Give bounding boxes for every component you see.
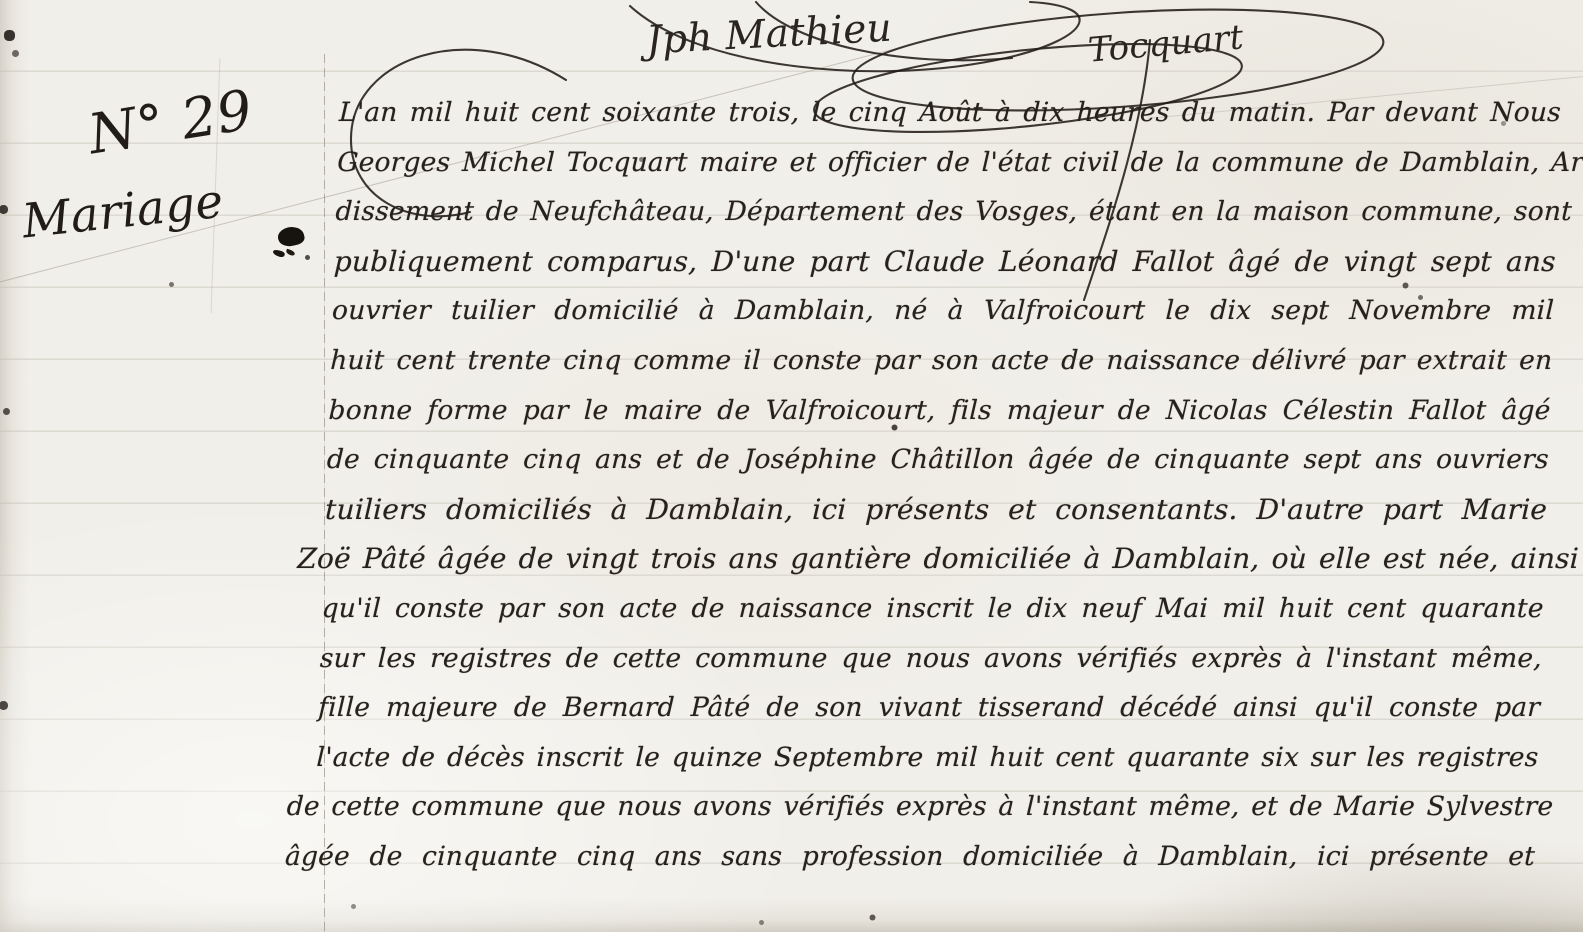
manuscript-line: huit cent trente cinq comme il conste pa…: [329, 336, 1553, 386]
manuscript-line: sur les registres de cette commune que n…: [319, 634, 1543, 684]
margin-act-number: N° 29: [84, 78, 257, 167]
manuscript-line: de cinquante cinq ans et de Joséphine Ch…: [326, 435, 1550, 485]
manuscript-page: Jph Mathieu Tocquart N° 29 Mariage L'an …: [0, 0, 1583, 932]
signature-mathieu: Jph Mathieu: [645, 6, 893, 64]
manuscript-line: Georges Michel Tocquart maire et officie…: [336, 138, 1560, 188]
manuscript-line: tuiliers domiciliés à Damblain, ici prés…: [324, 485, 1548, 535]
manuscript-line: de cette commune que nous avons vérifiés…: [286, 782, 1538, 832]
signature-tocquart: Tocquart: [1087, 17, 1246, 70]
manuscript-line: bonne forme par le maire de Valfroicourt…: [328, 386, 1552, 436]
manuscript-line: dissement de Neufchâteau, Département de…: [335, 187, 1559, 237]
manuscript-line: fille majeure de Bernard Pâté de son viv…: [317, 683, 1541, 733]
manuscript-line: publiquement comparus, D'une part Claude…: [333, 237, 1557, 287]
ink-blot: [276, 224, 306, 249]
manuscript-line: L'an mil huit cent soixante trois, le ci…: [338, 88, 1562, 138]
manuscript-line: qu'il conste par son acte de naissance i…: [321, 584, 1545, 634]
manuscript-line: l'acte de décès inscrit le quinze Septem…: [316, 733, 1540, 783]
ink-blot: [285, 249, 295, 257]
manuscript-line: âgée de cinquante cinq ans sans professi…: [284, 832, 1536, 882]
manuscript-line: Zoë Pâté âgée de vingt trois ans gantièr…: [297, 534, 1547, 584]
manuscript-line: ouvrier tuilier domicilié à Damblain, né…: [331, 286, 1555, 336]
margin-act-type: Mariage: [20, 174, 226, 250]
ink-specks: [0, 0, 3, 3]
act-body-text: L'an mil huit cent soixante trois, le ci…: [312, 88, 1562, 882]
